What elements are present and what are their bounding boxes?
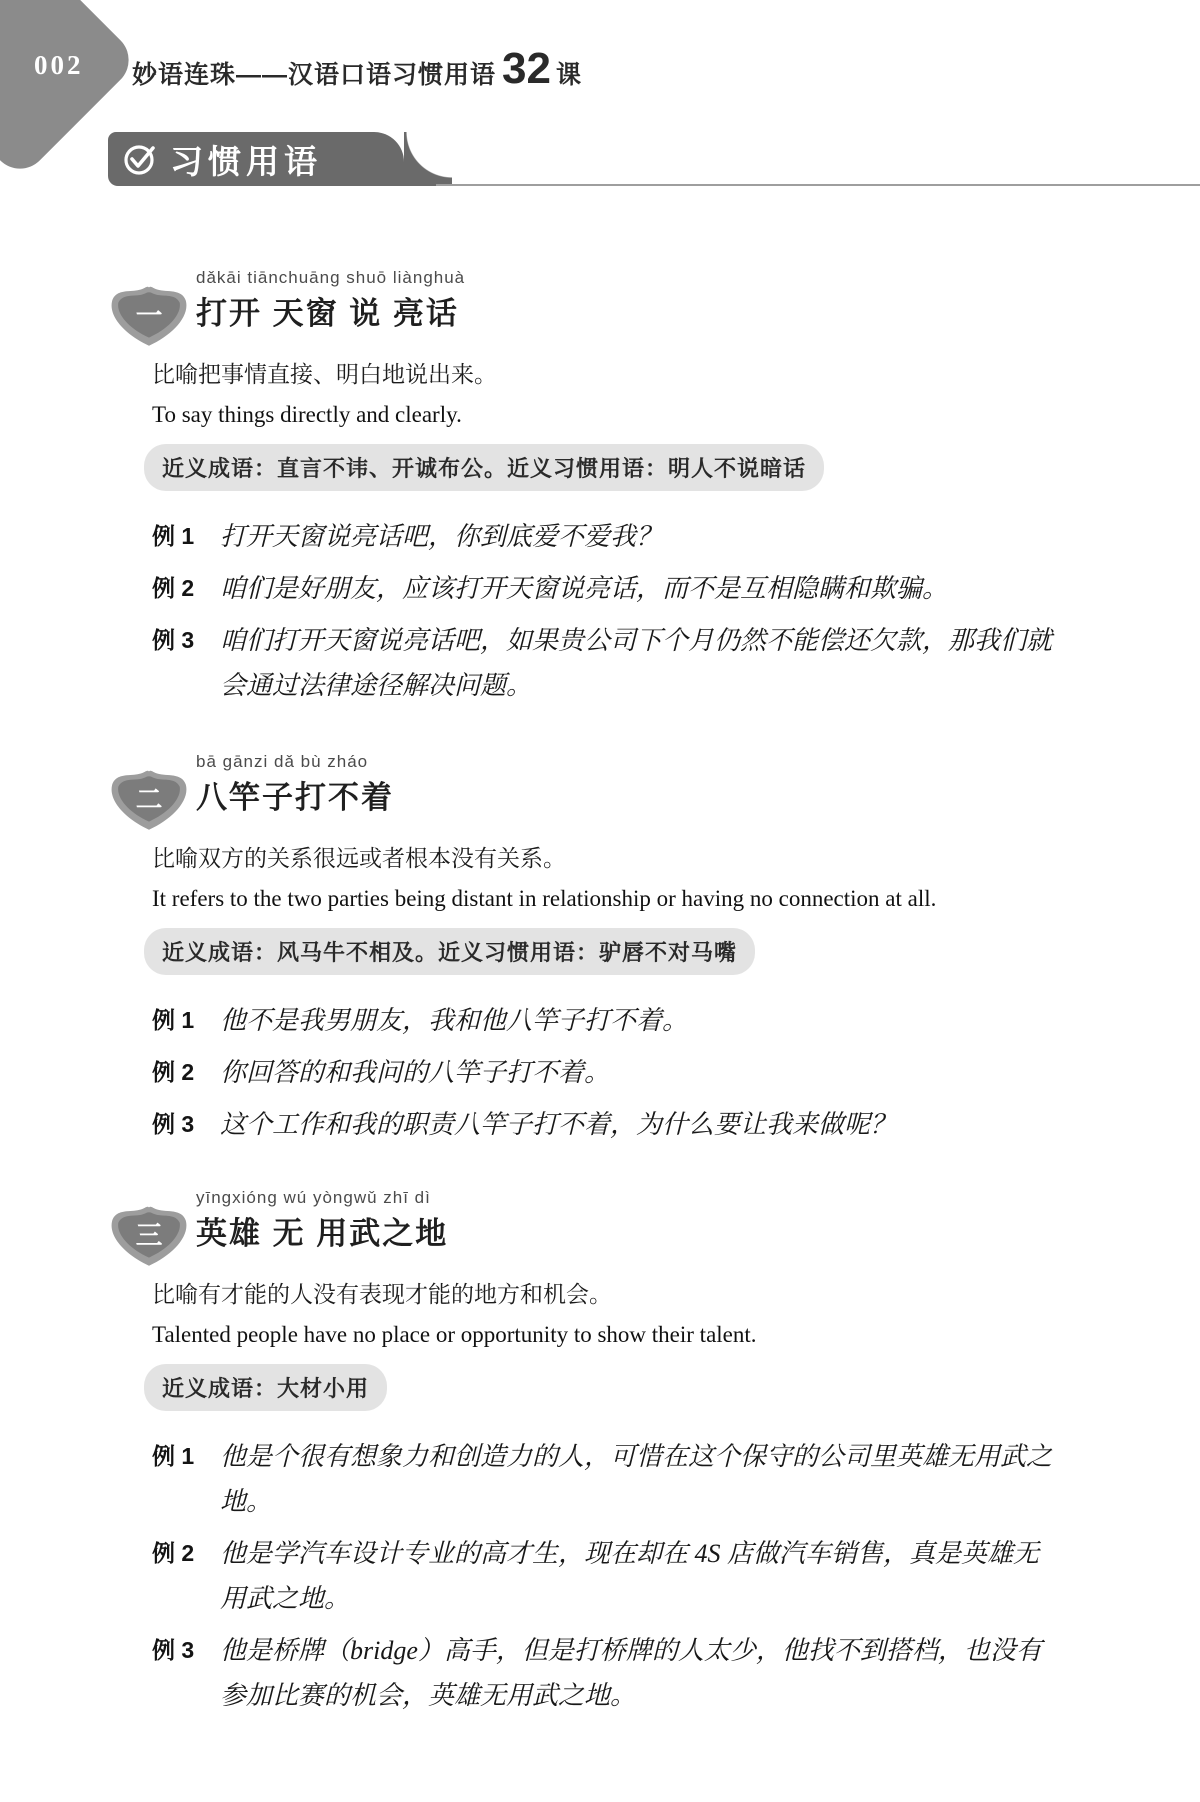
explanation-english: It refers to the two parties being dista… [152,886,936,912]
example-text: 这个工作和我的职责八竿子打不着，为什么要让我来做呢？ [220,1102,1052,1147]
example-text: 打开天窗说亮话吧，你到底爱不爱我？ [220,514,1052,559]
examples-list: 例 1 他不是我男朋友，我和他八竿子打不着。 例 2 你回答的和我问的八竿子打不… [152,998,1052,1154]
synonyms-highlight: 近义成语：直言不讳、开诚布公。近义习惯用语：明人不说暗话 [144,444,824,491]
idiom-pinyin: bā gānzi dǎ bù zháo [196,752,368,772]
section-number: 二 [136,784,163,814]
example-row: 例 1 他是个很有想象力和创造力的人，可惜在这个保守的公司里英雄无用武之地。 [152,1434,1052,1524]
explanation-chinese: 比喻把事情直接、明白地说出来。 [152,356,497,389]
example-label: 例 2 [152,566,206,611]
section-banner: 习惯用语 [108,132,404,186]
examples-list: 例 1 打开天窗说亮话吧，你到底爱不爱我？ 例 2 咱们是好朋友，应该打开天窗说… [152,514,1052,715]
checkmark-circle-icon [122,141,158,177]
running-head: 妙语连珠——汉语口语习惯用语 32 课 [132,44,582,94]
lesson-count: 32 [502,44,551,94]
section-number: 一 [136,300,163,330]
idiom-pinyin: yīngxióng wú yòngwǔ zhī dì [196,1188,431,1208]
example-row: 例 1 打开天窗说亮话吧，你到底爱不爱我？ [152,514,1052,559]
book-title: 妙语连珠——汉语口语习惯用语 [132,55,496,91]
section-number: 三 [136,1220,163,1250]
example-row: 例 3 咱们打开天窗说亮话吧，如果贵公司下个月仍然不能偿还欠款，那我们就会通过法… [152,618,1052,708]
explanation-chinese: 比喻有才能的人没有表现才能的地方和机会。 [152,1276,612,1309]
example-label: 例 3 [152,1628,206,1718]
example-label: 例 1 [152,514,206,559]
explanation-english: Talented people have no place or opportu… [152,1322,757,1348]
explanation-chinese: 比喻双方的关系很远或者根本没有关系。 [152,840,566,873]
example-label: 例 1 [152,998,206,1043]
example-text: 你回答的和我问的八竿子打不着。 [220,1050,1052,1095]
example-label: 例 3 [152,618,206,708]
example-text: 他是桥牌（bridge）高手，但是打桥牌的人太少，他找不到搭档，也没有参加比赛的… [220,1628,1052,1718]
example-row: 例 2 你回答的和我问的八竿子打不着。 [152,1050,1052,1095]
example-text: 他是个很有想象力和创造力的人，可惜在这个保守的公司里英雄无用武之地。 [220,1434,1052,1524]
banner-rule-line [436,184,1200,186]
synonyms-highlight: 近义成语：大材小用 [144,1364,387,1411]
example-row: 例 2 他是学汽车设计专业的高才生，现在却在 4S 店做汽车销售，真是英雄无用武… [152,1531,1052,1621]
example-row: 例 3 这个工作和我的职责八竿子打不着，为什么要让我来做呢？ [152,1102,1052,1147]
example-label: 例 2 [152,1050,206,1095]
example-row: 例 2 咱们是好朋友，应该打开天窗说亮话，而不是互相隐瞒和欺骗。 [152,566,1052,611]
example-label: 例 2 [152,1531,206,1621]
banner-tail-curve [404,132,452,186]
example-row: 例 3 他是桥牌（bridge）高手，但是打桥牌的人太少，他找不到搭档，也没有参… [152,1628,1052,1718]
synonyms-highlight: 近义成语：风马牛不相及。近义习惯用语：驴唇不对马嘴 [144,928,755,975]
example-label: 例 3 [152,1102,206,1147]
example-text: 他是学汽车设计专业的高才生，现在却在 4S 店做汽车销售，真是英雄无用武之地。 [220,1531,1052,1621]
mouth-number-icon: 三 [106,1194,192,1270]
page-number: 002 [34,50,84,81]
mouth-number-icon: 二 [106,758,192,834]
idiom-title: 打开 天窗 说 亮话 [196,288,459,333]
mouth-number-icon: 一 [106,274,192,350]
example-row: 例 1 他不是我男朋友，我和他八竿子打不着。 [152,998,1052,1043]
example-text: 他不是我男朋友，我和他八竿子打不着。 [220,998,1052,1043]
idiom-title: 英雄 无 用武之地 [196,1208,448,1253]
example-label: 例 1 [152,1434,206,1524]
lesson-count-suffix: 课 [556,55,582,91]
example-text: 咱们打开天窗说亮话吧，如果贵公司下个月仍然不能偿还欠款，那我们就会通过法律途径解… [220,618,1052,708]
examples-list: 例 1 他是个很有想象力和创造力的人，可惜在这个保守的公司里英雄无用武之地。 例… [152,1434,1052,1725]
example-text: 咱们是好朋友，应该打开天窗说亮话，而不是互相隐瞒和欺骗。 [220,566,1052,611]
idiom-pinyin: dǎkāi tiānchuāng shuō liànghuà [196,268,465,288]
idiom-title: 八竿子打不着 [196,772,394,817]
explanation-english: To say things directly and clearly. [152,402,462,428]
banner-label: 习惯用语 [170,136,322,183]
